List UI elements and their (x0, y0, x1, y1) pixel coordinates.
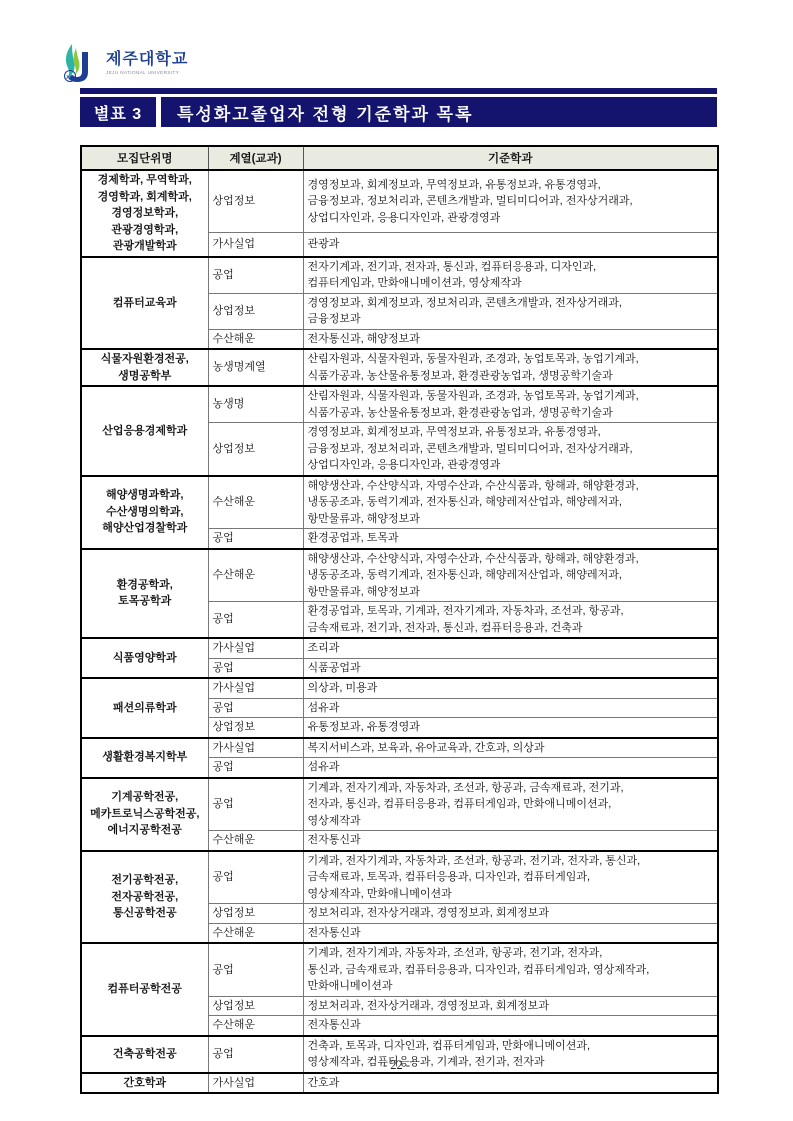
track-cell: 공업 (208, 698, 303, 718)
departments-cell: 섬유과 (303, 758, 718, 778)
track-cell: 상업정보 (208, 293, 303, 329)
departments-cell: 섬유과 (303, 698, 718, 718)
departments-cell: 의상과, 미용과 (303, 678, 718, 698)
departments-cell: 기계과, 전자기계과, 자동차과, 조선과, 항공과, 전기과, 전자과, 통신… (303, 943, 718, 996)
track-cell: 공업 (208, 529, 303, 549)
track-cell: 공업 (208, 778, 303, 831)
track-cell: 수산해운 (208, 549, 303, 602)
unit-name-cell: 식품영양학과 (81, 638, 208, 678)
col-header-track: 계열(교과) (208, 146, 303, 170)
track-cell: 수산해운 (208, 923, 303, 943)
departments-cell: 해양생산과, 수산양식과, 자영수산과, 수산식품과, 항해과, 해양환경과, … (303, 476, 718, 529)
unit-name-cell: 해양생명과학과, 수산생명의학과, 해양산업경찰학과 (81, 476, 208, 549)
unit-name-cell: 환경공학과, 토목공학과 (81, 549, 208, 639)
table-header-row: 모집단위명 계열(교과) 기준학과 (81, 146, 718, 170)
university-name: 제주대학교 (106, 52, 188, 68)
table-row: 컴퓨터교육과공업전자기계과, 전기과, 전자과, 통신과, 컴퓨터응용과, 디자… (81, 257, 718, 294)
departments-cell: 전자통신과, 해양정보과 (303, 329, 718, 349)
track-cell: 상업정보 (208, 904, 303, 924)
annex-label: 별표 3 (80, 97, 156, 127)
unit-name-cell: 패션의류학과 (81, 678, 208, 738)
departments-cell: 전자기계과, 전기과, 전자과, 통신과, 컴퓨터응용과, 디자인과, 컴퓨터게… (303, 257, 718, 294)
university-logo-icon: JNU (60, 42, 100, 86)
departments-cell: 해양생산과, 수산양식과, 자영수산과, 수산식품과, 항해과, 해양환경과, … (303, 549, 718, 602)
departments-cell: 전자통신과 (303, 923, 718, 943)
university-logo: JNU 제주대학교 JEJU NATIONAL UNIVERSITY (60, 42, 188, 86)
table-row: 컴퓨터공학전공공업기계과, 전자기계과, 자동차과, 조선과, 항공과, 전기과… (81, 943, 718, 996)
col-header-unit: 모집단위명 (81, 146, 208, 170)
departments-cell: 환경공업과, 토목과 (303, 529, 718, 549)
track-cell: 수산해운 (208, 329, 303, 349)
table-row: 식물자원환경전공, 생명공학부농생명계열산림자원과, 식물자원과, 동물자원과,… (81, 349, 718, 386)
track-cell: 공업 (208, 851, 303, 904)
track-cell: 가사실업 (208, 678, 303, 698)
section-banner: 별표 3 특성화고졸업자 전형 기준학과 목록 (80, 97, 717, 127)
track-cell: 공업 (208, 602, 303, 639)
track-cell: 상업정보 (208, 996, 303, 1016)
departments-cell: 간호과 (303, 1073, 718, 1094)
departments-cell: 경영정보과, 회계정보과, 무역정보과, 유통정보과, 유통경영과, 금융정보과… (303, 170, 718, 233)
criteria-table-wrap: 모집단위명 계열(교과) 기준학과 경제학과, 무역학과, 경영학과, 회계학과… (80, 145, 717, 1094)
unit-name-cell: 컴퓨터교육과 (81, 257, 208, 350)
university-name-en: JEJU NATIONAL UNIVERSITY (106, 71, 188, 76)
departments-cell: 기계과, 전자기계과, 자동차과, 조선과, 항공과, 전기과, 전자과, 통신… (303, 851, 718, 904)
departments-cell: 환경공업과, 토목과, 기계과, 전자기계과, 자동차과, 조선과, 항공과, … (303, 602, 718, 639)
page-title: 특성화고졸업자 전형 기준학과 목록 (161, 97, 717, 127)
table-row: 전기공학전공, 전자공학전공, 통신공학전공공업기계과, 전자기계과, 자동차과… (81, 851, 718, 904)
departments-cell: 조리과 (303, 638, 718, 658)
track-cell: 가사실업 (208, 233, 303, 257)
departments-cell: 정보처리과, 전자상거래과, 경영정보과, 회계정보과 (303, 996, 718, 1016)
unit-name-cell: 식물자원환경전공, 생명공학부 (81, 349, 208, 386)
track-cell: 가사실업 (208, 1073, 303, 1094)
criteria-table: 모집단위명 계열(교과) 기준학과 경제학과, 무역학과, 경영학과, 회계학과… (80, 145, 719, 1094)
departments-cell: 경영정보과, 회계정보과, 무역정보과, 유통정보과, 유통경영과, 금융정보과… (303, 423, 718, 476)
track-cell: 가사실업 (208, 638, 303, 658)
table-row: 패션의류학과가사실업의상과, 미용과 (81, 678, 718, 698)
track-cell: 수산해운 (208, 831, 303, 851)
table-row: 식품영양학과가사실업조리과 (81, 638, 718, 658)
departments-cell: 정보처리과, 전자상거래과, 경영정보과, 회계정보과 (303, 904, 718, 924)
unit-name-cell: 산업응용경제학과 (81, 386, 208, 476)
track-cell: 농생명 (208, 386, 303, 423)
unit-name-cell: 생활환경복지학부 (81, 738, 208, 778)
track-cell: 수산해운 (208, 1016, 303, 1036)
track-cell: 상업정보 (208, 170, 303, 233)
track-cell: 수산해운 (208, 476, 303, 529)
track-cell: 상업정보 (208, 423, 303, 476)
page-number: - 22 - (0, 1058, 793, 1073)
table-row: 환경공학과, 토목공학과수산해운해양생산과, 수산양식과, 자영수산과, 수산식… (81, 549, 718, 602)
track-cell: 공업 (208, 943, 303, 996)
departments-cell: 전자통신과 (303, 831, 718, 851)
departments-cell: 경영정보과, 회계정보과, 정보처리과, 콘텐츠개발과, 전자상거래과, 금융정… (303, 293, 718, 329)
table-row: 해양생명과학과, 수산생명의학과, 해양산업경찰학과수산해운해양생산과, 수산양… (81, 476, 718, 529)
departments-cell: 전자통신과 (303, 1016, 718, 1036)
unit-name-cell: 전기공학전공, 전자공학전공, 통신공학전공 (81, 851, 208, 944)
track-cell: 농생명계열 (208, 349, 303, 386)
table-row: 생활환경복지학부가사실업복지서비스과, 보육과, 유아교육과, 간호과, 의상과 (81, 738, 718, 758)
table-row: 기계공학전공, 메카트로닉스공학전공, 에너지공학전공공업기계과, 전자기계과,… (81, 778, 718, 831)
unit-name-cell: 기계공학전공, 메카트로닉스공학전공, 에너지공학전공 (81, 778, 208, 851)
table-row: 간호학과가사실업간호과 (81, 1073, 718, 1094)
unit-name-cell: 경제학과, 무역학과, 경영학과, 회계학과, 경영정보학과, 관광경영학과, … (81, 170, 208, 257)
svg-text:JNU: JNU (65, 75, 74, 80)
departments-cell: 식품공업과 (303, 658, 718, 678)
departments-cell: 산림자원과, 식물자원과, 동물자원과, 조경과, 농업토목과, 농업기계과, … (303, 349, 718, 386)
unit-name-cell: 컴퓨터공학전공 (81, 943, 208, 1036)
departments-cell: 관광과 (303, 233, 718, 257)
track-cell: 공업 (208, 257, 303, 294)
departments-cell: 기계과, 전자기계과, 자동차과, 조선과, 항공과, 금속재료과, 전기과, … (303, 778, 718, 831)
table-row: 산업응용경제학과농생명산림자원과, 식물자원과, 동물자원과, 조경과, 농업토… (81, 386, 718, 423)
departments-cell: 산림자원과, 식물자원과, 동물자원과, 조경과, 농업토목과, 농업기계과, … (303, 386, 718, 423)
departments-cell: 복지서비스과, 보육과, 유아교육과, 간호과, 의상과 (303, 738, 718, 758)
track-cell: 공업 (208, 658, 303, 678)
col-header-departments: 기준학과 (303, 146, 718, 170)
track-cell: 가사실업 (208, 738, 303, 758)
track-cell: 상업정보 (208, 718, 303, 738)
top-divider-rule (80, 88, 717, 94)
unit-name-cell: 간호학과 (81, 1073, 208, 1094)
departments-cell: 유통정보과, 유통경영과 (303, 718, 718, 738)
track-cell: 공업 (208, 758, 303, 778)
table-row: 경제학과, 무역학과, 경영학과, 회계학과, 경영정보학과, 관광경영학과, … (81, 170, 718, 233)
